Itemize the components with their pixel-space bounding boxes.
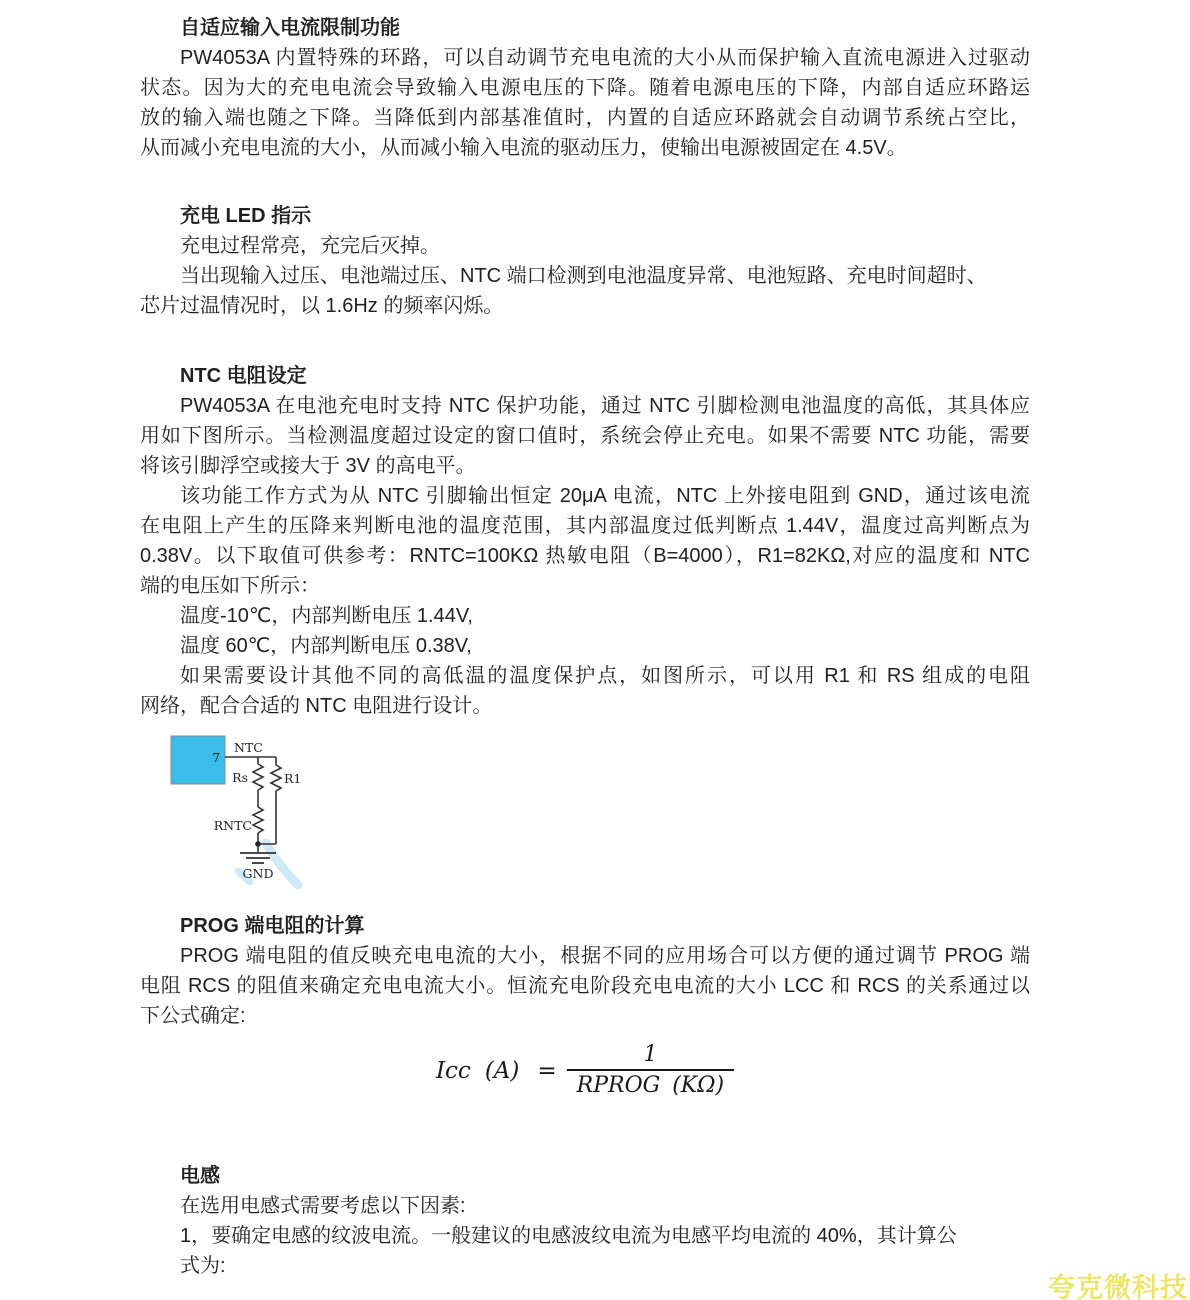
text-line: 当出现输入过压、电池端过压、NTC 端口检测到电池温度异常、电池短路、充电时间超… [140,261,1030,291]
rntc-label: RNTC [214,818,252,833]
formula-fraction: 1 RPROG(KΩ) [567,1043,734,1099]
r1-resistor [271,765,281,791]
text-line: 下公式确定: [140,1001,1030,1031]
formula-arg: (A) [485,1058,520,1084]
document-page: 自适应输入电流限制功能 PW4053A 内置特殊的环路，可以自动调节充电电流的大… [140,13,1030,1281]
text-line: 0.38V。以下取值可供参考：RNTC=100KΩ 热敏电阻（B=4000），R… [140,541,1030,571]
icc-formula: Icc (A) = 1 RPROG(KΩ) [140,1041,1030,1101]
ntc-circuit-svg: 7 NTC Rs RNTC R1 GND [154,731,454,891]
formula-den-name: RPROG [577,1073,661,1098]
text-line: PROG 端电阻的值反映充电电流的大小，根据不同的应用场合可以方便的通过调节 P… [140,941,1030,971]
text-line: 状态。因为大的充电电流会导致输入电源电压的下降。随着电源电压的下降，内部自适应环… [140,73,1030,103]
text-line: 从而减小充电电流的大小，从而减小输入电流的驱动压力，使输出电源被固定在 4.5V… [140,133,1030,163]
section-adaptive-input-current: 自适应输入电流限制功能 PW4053A 内置特殊的环路，可以自动调节充电电流的大… [140,13,1030,163]
text-line: PW4053A 内置特殊的环路，可以自动调节充电电流的大小从而保护输入直流电源进… [140,43,1030,73]
text-line: 温度-10℃，内部判断电压 1.44V, [140,601,1030,631]
formula-den-unit: (KΩ) [672,1073,724,1098]
formula-lhs: Icc [436,1058,471,1084]
text-line: 充电过程常亮，充完后灭掉。 [140,231,1030,261]
section-prog-resistor: PROG 端电阻的计算 PROG 端电阻的值反映充电电流的大小，根据不同的应用场… [140,911,1030,1031]
section-charge-led: 充电 LED 指示 充电过程常亮，充完后灭掉。 当出现输入过压、电池端过压、NT… [140,201,1030,321]
ntc-circuit-figure: 7 NTC Rs RNTC R1 GND [154,731,1030,891]
formula-denominator: RPROG(KΩ) [567,1071,734,1099]
text-line: 放的输入端也随之下降。当降低到内部基准值时，内置的自适应环路就会自动调节系统占空… [140,103,1030,133]
pin-7-label: 7 [212,751,220,765]
gnd-label: GND [243,866,274,881]
ntc-net-label: NTC [234,740,263,755]
text-line: 将该引脚浮空或接大于 3V 的高电平。 [140,451,1030,481]
section-heading-prog: PROG 端电阻的计算 [140,911,1030,941]
formula-equals: = [537,1058,556,1084]
section-ntc-resistor: NTC 电阻设定 PW4053A 在电池充电时支持 NTC 保护功能，通过 NT… [140,361,1030,721]
text-line: PW4053A 在电池充电时支持 NTC 保护功能，通过 NTC 引脚检测电池温… [140,391,1030,421]
text-line: 芯片过温情况时，以 1.6Hz 的频率闪烁。 [140,291,1030,321]
section-heading-ntc: NTC 电阻设定 [140,361,1030,391]
brand-watermark: 夸克微科技 [1048,1266,1188,1300]
text-line: 温度 60℃，内部判断电压 0.38V, [140,631,1030,661]
r1-label: R1 [284,771,301,786]
section-heading-inductor: 电感 [140,1161,1030,1191]
section-inductor: 电感 在选用电感式需要考虑以下因素: 1，要确定电感的纹波电流。一般建议的电感波… [140,1161,1030,1281]
rntc-resistor [253,807,263,833]
rs-label: Rs [232,770,248,785]
section-heading-led: 充电 LED 指示 [140,201,1030,231]
text-line: 电阻 RCS 的阻值来确定充电电流大小。恒流充电阶段充电电流的大小 LCC 和 … [140,971,1030,1001]
text-line: 网络，配合合适的 NTC 电阻进行设计。 [140,691,1030,721]
text-line: 端的电压如下所示： [140,571,1030,601]
text-line: 如果需要设计其他不同的高低温的温度保护点，如图所示，可以用 R1 和 RS 组成… [140,661,1030,691]
text-line: 用如下图所示。当检测温度超过设定的窗口值时，系统会停止充电。如果不需要 NTC … [140,421,1030,451]
text-line: 式为: [140,1251,1030,1281]
text-line: 该功能工作方式为从 NTC 引脚输出恒定 20μA 电流，NTC 上外接电阻到 … [140,481,1030,511]
text-line: 在选用电感式需要考虑以下因素: [140,1191,1030,1221]
rs-resistor [253,764,263,790]
text-line: 1，要确定电感的纹波电流。一般建议的电感波纹电流为电感平均电流的 40%，其计算… [140,1221,1030,1251]
formula-numerator: 1 [567,1043,734,1069]
text-line: 在电阻上产生的压降来判断电池的温度范围，其内部温度过低判断点 1.44V，温度过… [140,511,1030,541]
section-heading-adaptive: 自适应输入电流限制功能 [140,13,1030,43]
